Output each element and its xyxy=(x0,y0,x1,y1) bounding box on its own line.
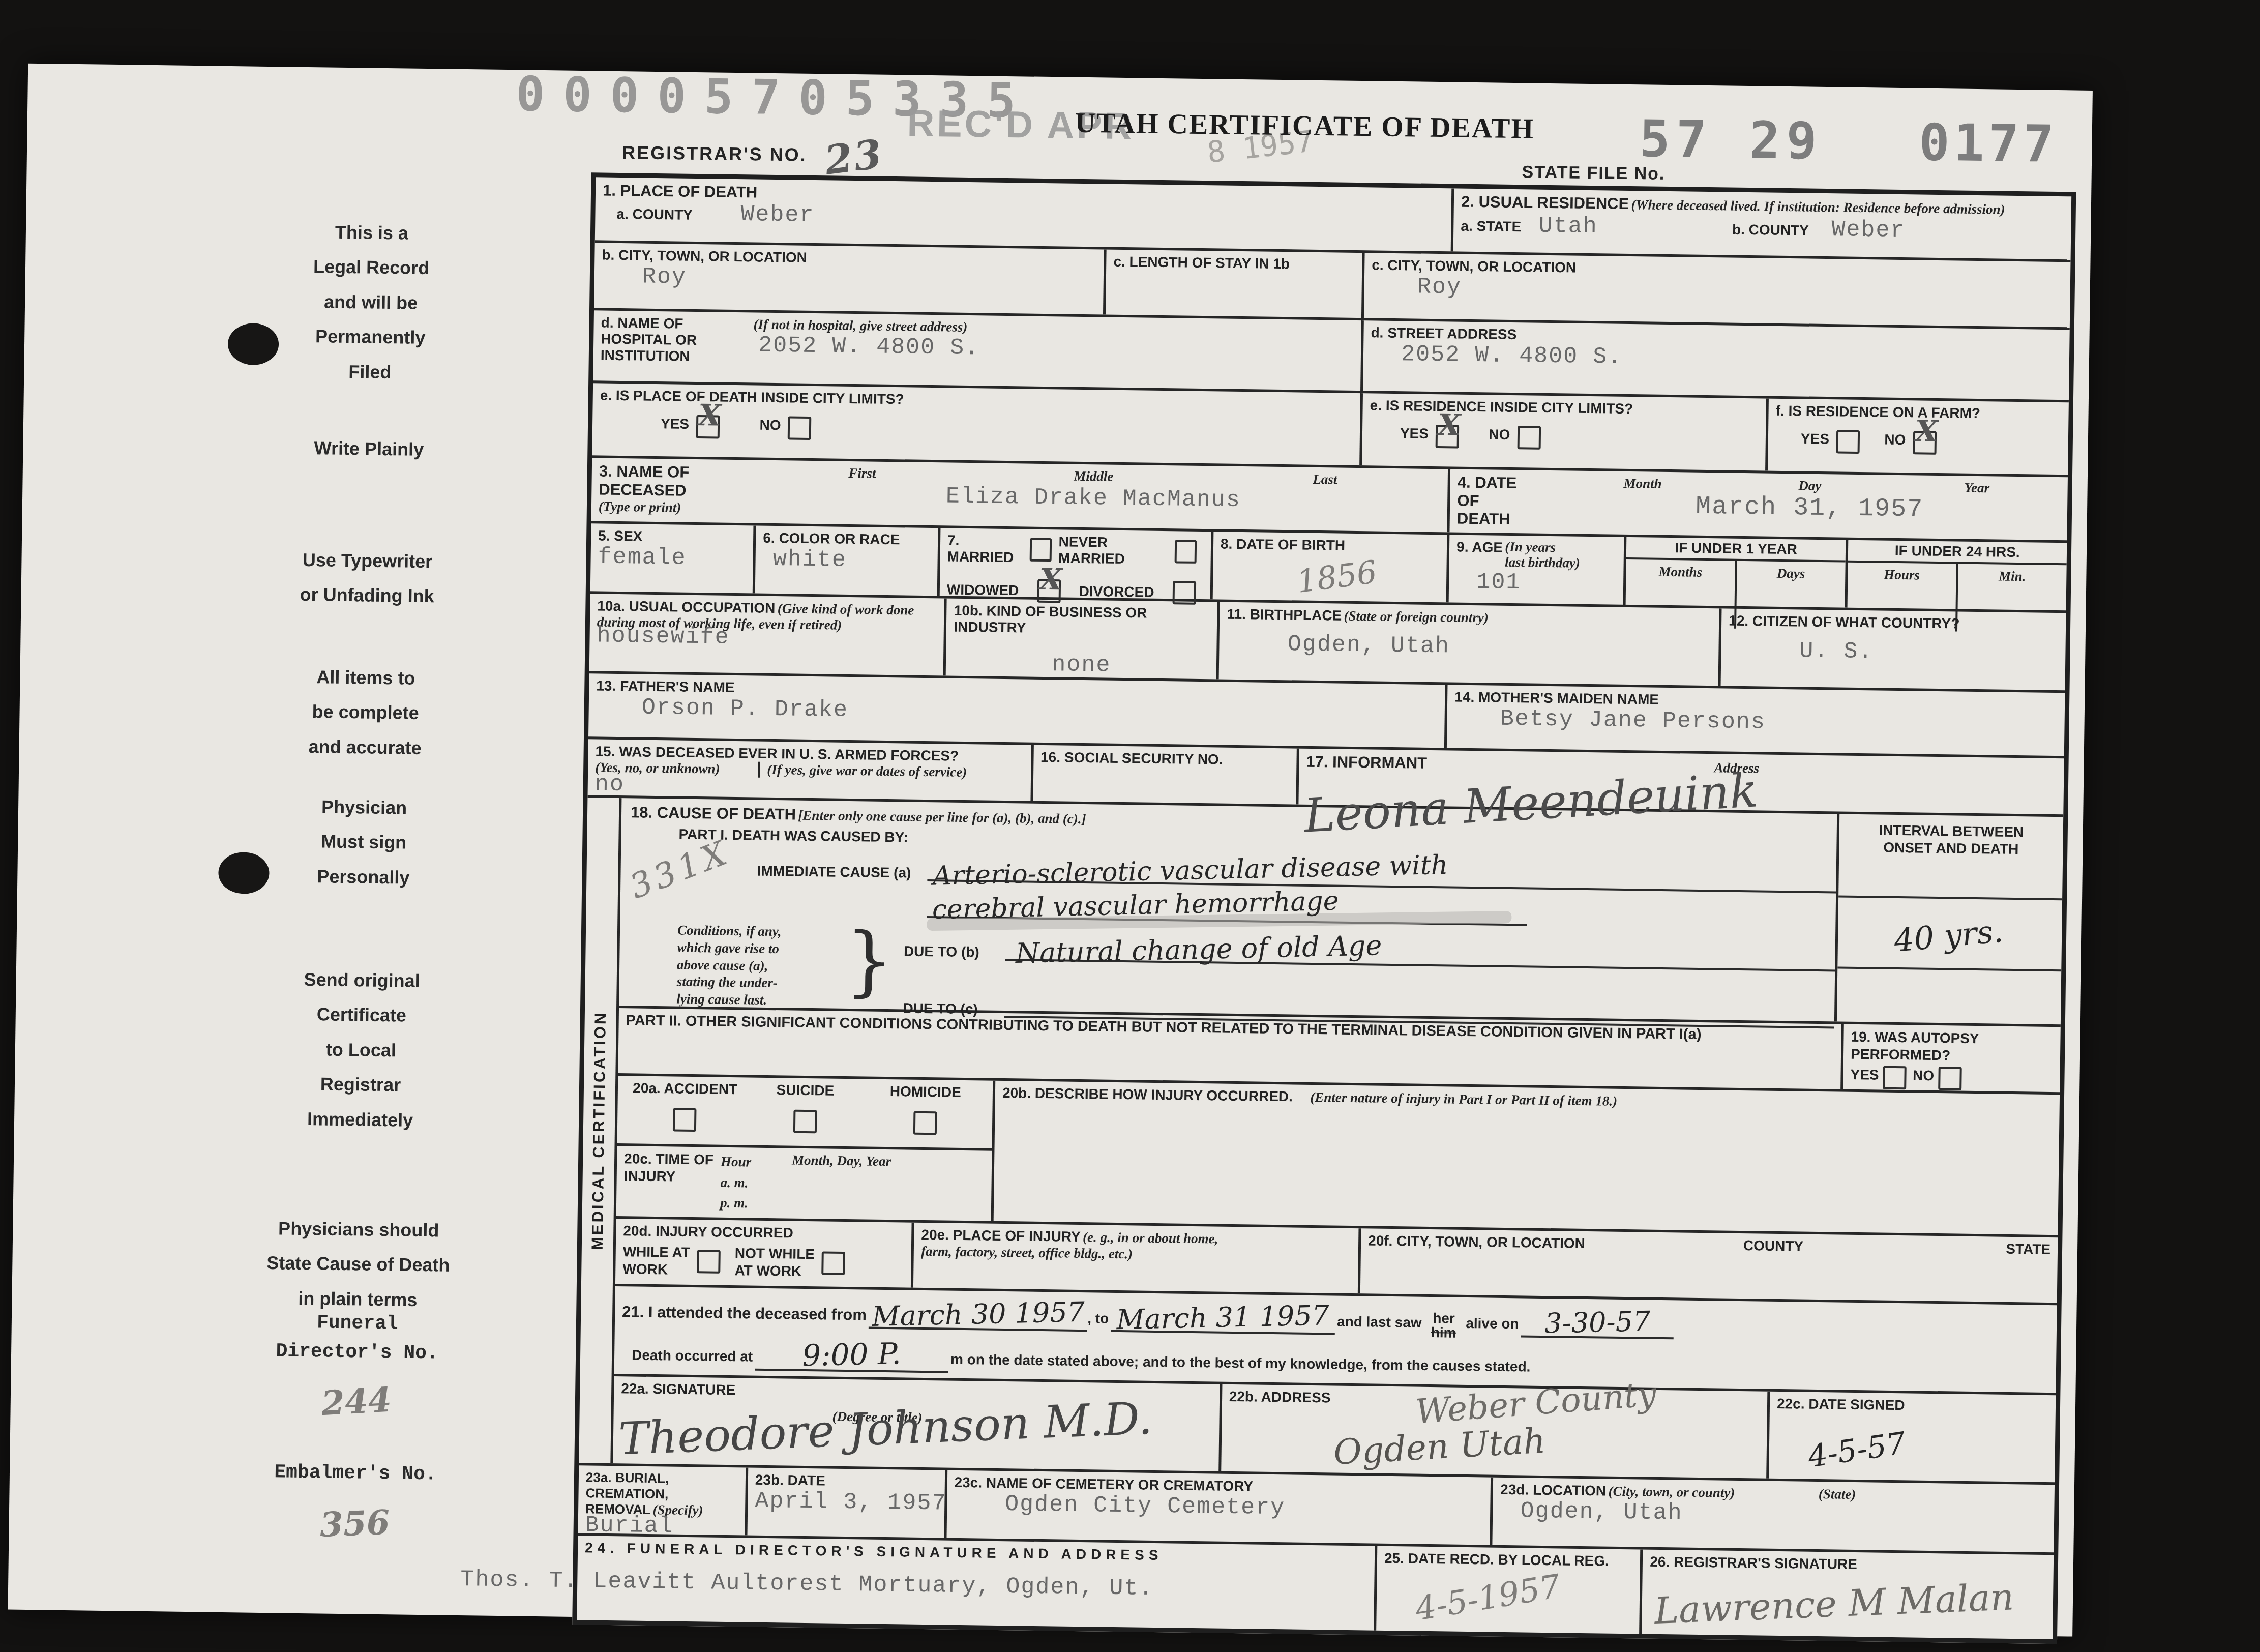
checkbox-no-checked: X xyxy=(1913,431,1937,455)
hour-ampm: Hour a. m. p. m. xyxy=(720,1152,792,1215)
residence-county-value: Weber xyxy=(1831,217,1906,244)
certificate-paper: This is a Legal Record and will be Perma… xyxy=(8,64,2092,1637)
certificate-header: 00005705335 REGISTRAR'S NO.23 REC'D APR … xyxy=(591,71,2093,192)
field-father-name: 13. FATHER'S NAME Orson P. Drake xyxy=(588,673,1445,748)
yes-label: YES xyxy=(1801,431,1829,447)
date-signed-value: 4-5-57 xyxy=(1806,1405,2049,1474)
citizen-value: U. S. xyxy=(1799,638,2059,667)
funeral-director-no-label: Funeral Director's No. xyxy=(164,1306,551,1369)
color-race-label: 6. COLOR OR RACE xyxy=(763,530,931,548)
field-if-under-24-hrs: IF UNDER 24 HRS. Hours Min. xyxy=(1845,540,2067,611)
attended-from-value: March 30 1957 xyxy=(871,1296,1085,1333)
note-complete-accurate: All items to be complete and accurate xyxy=(171,658,559,768)
middle-name-header: Middle xyxy=(978,467,1209,486)
death-occurred-label: Death occurred at xyxy=(632,1347,753,1364)
checkbox-yes xyxy=(1836,430,1860,454)
field-physician-signature: 22a. SIGNATURE (Degree or title) Theodor… xyxy=(613,1376,1220,1471)
checkbox-yes-checked: X xyxy=(696,415,720,439)
yes-label: YES xyxy=(1400,425,1429,441)
suicide-label: SUICIDE xyxy=(745,1081,866,1099)
field-armed-forces: 15. WAS DECEASED EVER IN U. S. ARMED FOR… xyxy=(588,739,1031,801)
field-autopsy: 19. WAS AUTOPSY PERFORMED? YES NO xyxy=(1840,1024,2061,1093)
last-name-header: Last xyxy=(1209,470,1441,489)
year-header: Year xyxy=(1893,479,2061,497)
injury-left-column: 20a. ACCIDENT SUICIDE HOMICIDE 20c. TIME… xyxy=(616,1076,993,1221)
residence-county: b. COUNTY Weber xyxy=(1732,216,2064,246)
month-header: Month xyxy=(1559,475,1727,492)
cause-of-death-bracket: [Enter only one cause per line for (a), … xyxy=(798,808,1086,827)
county-label: a. COUNTY xyxy=(616,206,693,223)
residence-state-label: a. STATE xyxy=(1461,218,1521,235)
attended-from-fill: March 30 1957 xyxy=(869,1295,1088,1332)
place-of-death-title: 1. PLACE OF DEATH xyxy=(603,182,1444,211)
checkbox-accident xyxy=(673,1108,697,1132)
field-cemetery-name: 23c. NAME OF CEMETERY OR CREMATORY Ogden… xyxy=(944,1470,1491,1545)
field-birthplace: 11. BIRTHPLACE (State or foreign country… xyxy=(1216,602,1719,686)
funeral-director-no-value: 244 xyxy=(162,1359,551,1444)
while-at-work-label: WHILE AT WORK xyxy=(622,1243,690,1278)
alive-on-value: 3-30-57 xyxy=(1544,1305,1651,1340)
attended-to-value: March 31 1957 xyxy=(1116,1299,1330,1336)
injury-city-label: 20f. CITY, TOWN, OR LOCATION xyxy=(1368,1232,1667,1253)
field-usual-residence: 2. USUAL RESIDENCE (Where deceased lived… xyxy=(1451,188,2071,259)
accident-label: 20a. ACCIDENT xyxy=(625,1080,746,1098)
under-24-hrs-header: IF UNDER 24 HRS. xyxy=(1848,540,2067,566)
field-injury-location: 20f. CITY, TOWN, OR LOCATION COUNTY STAT… xyxy=(1358,1228,2058,1303)
injury-state-label: STATE xyxy=(1880,1240,2050,1258)
date-of-birth-value: 1856 xyxy=(1295,545,1441,600)
field-social-security: 16. SOCIAL SECURITY NO. xyxy=(1030,745,1297,805)
state-file-stamp-right: 0177 xyxy=(1919,112,2058,174)
married-label: 7. MARRIED xyxy=(947,532,1023,566)
citizen-label: 12. CITIZEN OF WHAT COUNTRY? xyxy=(1729,613,2059,633)
field-citizen: 12. CITIZEN OF WHAT COUNTRY? U. S. xyxy=(1718,608,2066,690)
cemetery-location-state-hint: (State) xyxy=(1819,1486,1856,1502)
attended-to-label: , to xyxy=(1087,1310,1109,1326)
interval-label: INTERVAL BETWEEN ONSET AND DEATH xyxy=(1839,814,2063,858)
time-of-injury-label: 20c. TIME OF INJURY xyxy=(623,1150,721,1213)
note-use-typewriter: Use Typewriter or Unfading Ink xyxy=(173,541,561,616)
field-age: 9. AGE (In years last birthday) 101 xyxy=(1446,535,1624,605)
month-day-year-label: Month, Day, Year xyxy=(791,1153,891,1216)
death-time-fill: 9:00 P. xyxy=(755,1334,948,1373)
note-physician-sign: Physician Must sign Personally xyxy=(170,788,558,897)
immediate-cause-label: IMMEDIATE CAUSE (a) xyxy=(757,863,927,881)
residence-state-value: Utah xyxy=(1538,213,1598,240)
homicide-label: HOMICIDE xyxy=(865,1083,986,1101)
attended-tail: m on the date stated above; and to the b… xyxy=(950,1351,1531,1374)
death-time-value: 9:00 P. xyxy=(802,1336,902,1373)
field-date-of-birth: 8. DATE OF BIRTH 1856 xyxy=(1210,532,1447,602)
residence-state: a. STATE Utah xyxy=(1461,212,1732,242)
deceased-name-title: 3. NAME OF DECEASED xyxy=(599,462,747,501)
checkbox-no xyxy=(1517,426,1541,450)
injury-occurred-label: 20d. INJURY OCCURRED xyxy=(623,1223,905,1243)
her-word: her xyxy=(1431,1311,1456,1326)
yes-label: YES xyxy=(661,416,689,432)
business-label: 10b. KIND OF BUSINESS OR INDUSTRY xyxy=(954,603,1210,639)
not-while-at-work-label: NOT WHILE AT WORK xyxy=(734,1245,815,1280)
hospital-label: d. NAME OF HOSPITAL OR INSTITUTION xyxy=(600,315,754,379)
field-mother-maiden-name: 14. MOTHER'S MAIDEN NAME Betsy Jane Pers… xyxy=(1444,685,2065,756)
hospital-value: 2052 W. 4800 S. xyxy=(758,333,980,362)
pm-label: p. m. xyxy=(720,1193,792,1214)
physician-signature-label: 22a. SIGNATURE xyxy=(621,1380,735,1398)
form-grid: 1. PLACE OF DEATH a. COUNTY Weber 2. USU… xyxy=(572,172,2076,1644)
field-accident-suicide-homicide: 20a. ACCIDENT SUICIDE HOMICIDE xyxy=(617,1076,993,1148)
field-physician-address: 22b. ADDRESS Weber County Ogden Utah xyxy=(1218,1384,1767,1479)
birthplace-hint: (State or foreign country) xyxy=(1344,608,1489,626)
field-injury-occurred: 20d. INJURY OCCURRED WHILE AT WORK NOT W… xyxy=(615,1219,912,1288)
attended-pre: 21. I attended the deceased from xyxy=(622,1303,867,1323)
interval-rule-b xyxy=(1837,966,2061,971)
attended-to-fill: March 31 1957 xyxy=(1111,1298,1335,1335)
checkbox-never-married xyxy=(1175,540,1197,564)
field-registrar-signature: 26. REGISTRAR'S SIGNATURE Lawrence M Mal… xyxy=(1640,1549,2054,1639)
margin-instructions: This is a Legal Record and will be Perma… xyxy=(8,64,592,1617)
first-name-header: First xyxy=(747,464,978,483)
field-color-race: 6. COLOR OR RACE white xyxy=(753,525,938,596)
place-of-injury-label: 20e. PLACE OF INJURY xyxy=(921,1227,1081,1245)
date-signed-label: 22c. DATE SIGNED xyxy=(1777,1396,1905,1413)
injury-county-label: COUNTY xyxy=(1667,1236,1880,1255)
checkbox-suicide xyxy=(793,1110,817,1134)
conditions-note: Conditions, if any, which gave rise to a… xyxy=(676,922,845,1016)
note-legal-record: This is a Legal Record and will be Perma… xyxy=(176,213,565,392)
field-interval-onset-death: INTERVAL BETWEEN ONSET AND DEATH 40 yrs. xyxy=(1834,814,2063,1024)
checkbox-autopsy-yes xyxy=(1883,1066,1907,1090)
field-hospital: d. NAME OF HOSPITAL OR INSTITUTION (If n… xyxy=(593,310,1361,391)
due-to-b-label: DUE TO (b) xyxy=(904,943,1005,961)
field-marital-status: 7. MARRIED NEVER MARRIED WIDOWEDX DIVORC… xyxy=(937,528,1211,599)
cause-of-death-title: 18. CAUSE OF DEATH xyxy=(631,803,796,823)
under-1-year-header: IF UNDER 1 YEAR xyxy=(1626,537,1846,563)
field-business-industry: 10b. KIND OF BUSINESS OR INDUSTRY none xyxy=(943,598,1217,679)
usual-residence-title: 2. USUAL RESIDENCE xyxy=(1461,193,1629,213)
physician-signature-value: Theodore Johnson M.D. xyxy=(618,1392,1153,1465)
field-funeral-director: 24. FUNERAL DIRECTOR'S SIGNATURE AND ADD… xyxy=(577,1536,1375,1630)
no-label: NO xyxy=(1884,432,1906,448)
x-mark: X xyxy=(1438,407,1461,442)
immediate-cause-value-line1: Arterio-sclerotic vascular disease with xyxy=(932,850,1448,892)
cause-code-annotation: 331X xyxy=(625,832,736,906)
never-married-label: NEVER MARRIED xyxy=(1058,534,1168,568)
registrar-no-label: REGISTRAR'S NO. xyxy=(622,142,807,165)
physician-address-line2: Ogden Utah xyxy=(1332,1421,1547,1473)
field-place-of-injury: 20e. PLACE OF INJURY (e. g., in or about… xyxy=(911,1223,1358,1293)
cemetery-name-value: Ogden City Cemetery xyxy=(1005,1491,1483,1523)
alive-on-label: alive on xyxy=(1466,1315,1519,1332)
embalmer-no-label: Embalmer's No. xyxy=(162,1456,549,1490)
field-date-received: 25. DATE RECD. BY LOCAL REG. 4-5-1957 xyxy=(1374,1546,1640,1634)
field-date-of-death: 4. DATE OF DEATH Month Day Year March 31… xyxy=(1447,469,2068,540)
field-place-of-death-county: 1. PLACE OF DEATH a. COUNTY Weber xyxy=(595,177,1452,251)
checkbox-married xyxy=(1029,538,1051,562)
field-name-of-deceased: 3. NAME OF DECEASED (Type or print) Firs… xyxy=(591,458,1448,532)
field-length-of-stay: c. LENGTH OF STAY IN 1b xyxy=(1103,249,1362,318)
brace-glyph: } xyxy=(844,919,894,1016)
divorced-label: DIVORCED xyxy=(1079,583,1154,601)
no-label: NO xyxy=(1913,1068,1934,1084)
color-race-value: white xyxy=(773,546,931,574)
birthplace-label: 11. BIRTHPLACE xyxy=(1227,606,1342,624)
occupation-label: 10a. USUAL OCCUPATION xyxy=(597,598,775,616)
age-label: 9. AGE xyxy=(1456,539,1503,555)
field-residence-farm: f. IS RESIDENCE ON A FARM? YES NOX xyxy=(1765,399,2069,475)
x-mark: X xyxy=(1039,562,1062,597)
checkbox-no xyxy=(788,416,812,440)
field-date-signed: 22c. DATE SIGNED 4-5-57 xyxy=(1766,1392,2056,1482)
field-burial-type: 23a. BURIAL, CREMATION, REMOVAL (Specify… xyxy=(578,1465,746,1535)
field-residence-city: c. CITY, TOWN, OR LOCATION Roy xyxy=(1361,253,2071,327)
cemetery-location-value: Ogden, Utah xyxy=(1520,1498,2047,1531)
interval-value: 40 yrs. xyxy=(1892,912,2005,959)
scan-background: This is a Legal Record and will be Perma… xyxy=(0,0,2260,1652)
certificate-title: UTAH CERTIFICATE OF DEATH xyxy=(1075,107,1534,145)
note-send-original: Send original Certificate to Local Regis… xyxy=(167,961,555,1140)
age-hint: (In years last birthday) xyxy=(1505,540,1581,571)
describe-injury-hint: (Enter nature of injury in Part I or Par… xyxy=(1310,1089,1617,1109)
informant-label: 17. INFORMANT xyxy=(1306,753,1427,772)
sex-value: female xyxy=(598,544,746,572)
day-header: Day xyxy=(1726,477,1893,495)
burial-date-value: April 3, 1957 xyxy=(755,1488,937,1517)
sex-label: 5. SEX xyxy=(598,527,747,546)
cemetery-location-hint: (City, town, or county) xyxy=(1608,1484,1735,1500)
embalmer-no-value: 356 xyxy=(161,1485,549,1563)
deceased-name-hint: (Type or print) xyxy=(599,498,746,516)
field-death-city: b. CITY, TOWN, OR LOCATION Roy xyxy=(594,243,1104,314)
state-file-label: STATE FILE No. xyxy=(1522,162,1665,184)
field-sex: 5. SEX female xyxy=(590,523,754,593)
x-mark: X xyxy=(698,398,722,433)
field-death-city-limits: e. IS PLACE OF DEATH INSIDE CITY LIMITS?… xyxy=(592,383,1360,465)
certificate-form: 00005705335 REGISTRAR'S NO.23 REC'D APR … xyxy=(572,71,2093,1636)
state-file-stamp-left: 57 29 xyxy=(1639,109,1824,171)
interval-rule-a xyxy=(1838,895,2062,900)
length-of-stay-label: c. LENGTH OF STAY IN 1b xyxy=(1113,254,1355,273)
checkbox-autopsy-no xyxy=(1938,1067,1962,1090)
widowed-label: WIDOWED xyxy=(947,581,1019,599)
registrar-signature-value: Lawrence M Malan xyxy=(1654,1574,2046,1632)
him-word-struck: him xyxy=(1431,1325,1456,1340)
no-label: NO xyxy=(759,417,781,433)
age-value: 101 xyxy=(1476,569,1617,597)
funeral-director-label: 24. FUNERAL DIRECTOR'S SIGNATURE AND ADD… xyxy=(585,1540,1367,1566)
field-usual-occupation: 10a. USUAL OCCUPATION (Give kind of work… xyxy=(589,594,944,675)
medical-certification-band: MEDICAL CERTIFICATION 331X 18. CAUSE OF … xyxy=(579,795,2063,1482)
x-mark: X xyxy=(1915,414,1938,449)
checkbox-while-at-work xyxy=(697,1250,721,1274)
field-burial-date: 23b. DATE April 3, 1957 xyxy=(745,1467,944,1538)
checkbox-yes-checked: X xyxy=(1436,425,1460,449)
no-label: NO xyxy=(1489,427,1510,443)
date-of-death-title: 4. DATE OF DEATH xyxy=(1457,474,1559,530)
birthplace-value: Ogden, Utah xyxy=(1288,631,1712,663)
registrar-signature-label: 26. REGISTRAR'S SIGNATURE xyxy=(1650,1554,2046,1575)
residence-county-label: b. COUNTY xyxy=(1732,222,1809,239)
field-if-under-1-year: IF UNDER 1 YEAR Months Days xyxy=(1623,537,1846,608)
field-informant: 17. INFORMANT Address Leona Meendeuink xyxy=(1296,749,2064,815)
county-value: Weber xyxy=(740,201,815,228)
describe-injury-label: 20b. DESCRIBE HOW INJURY OCCURRED. xyxy=(1002,1085,1293,1104)
checkbox-not-while-at-work xyxy=(822,1251,846,1275)
yes-label: YES xyxy=(1850,1067,1879,1083)
usual-residence-hint: (Where deceased lived. If institution: R… xyxy=(1631,197,2005,217)
hour-label: Hour xyxy=(721,1152,792,1173)
note-plain-terms: Physicians should State Cause of Death i… xyxy=(164,1209,552,1319)
alive-on-fill: 3-30-57 xyxy=(1521,1303,1674,1339)
field-street-address: d. STREET ADDRESS 2052 W. 4800 S. xyxy=(1360,320,2070,400)
residence-city-limits-label: e. IS RESIDENCE INSIDE CITY LIMITS? xyxy=(1370,397,1759,419)
am-label: a. m. xyxy=(720,1172,792,1193)
checkbox-homicide xyxy=(913,1111,937,1135)
field-describe-injury: 20b. DESCRIBE HOW INJURY OCCURRED. (Ente… xyxy=(991,1081,2060,1235)
medical-certification-label: MEDICAL CERTIFICATION xyxy=(588,1011,610,1250)
autopsy-label: 19. WAS AUTOPSY PERFORMED? xyxy=(1851,1028,2054,1065)
due-to-b-value: Natural change of old Age xyxy=(1015,929,1382,969)
business-value: none xyxy=(953,651,1209,680)
social-security-label: 16. SOCIAL SECURITY NO. xyxy=(1040,749,1290,769)
cemetery-location-label: 23d. LOCATION xyxy=(1500,1482,1606,1499)
field-residence-city-limits: e. IS RESIDENCE INSIDE CITY LIMITS? YESX… xyxy=(1359,393,1766,470)
note-write-plainly: Write Plainly xyxy=(175,429,562,469)
physician-address-label: 22b. ADDRESS xyxy=(1229,1389,1331,1406)
death-city-value: Roy xyxy=(642,264,1097,296)
burial-date-label: 23b. DATE xyxy=(755,1472,938,1491)
last-saw-label: and last saw xyxy=(1337,1314,1422,1331)
field-time-of-injury: 20c. TIME OF INJURY Hour a. m. p. m. Mon… xyxy=(616,1143,992,1221)
field-cemetery-location: 23d. LOCATION (City, town, or county) (S… xyxy=(1490,1478,2055,1552)
